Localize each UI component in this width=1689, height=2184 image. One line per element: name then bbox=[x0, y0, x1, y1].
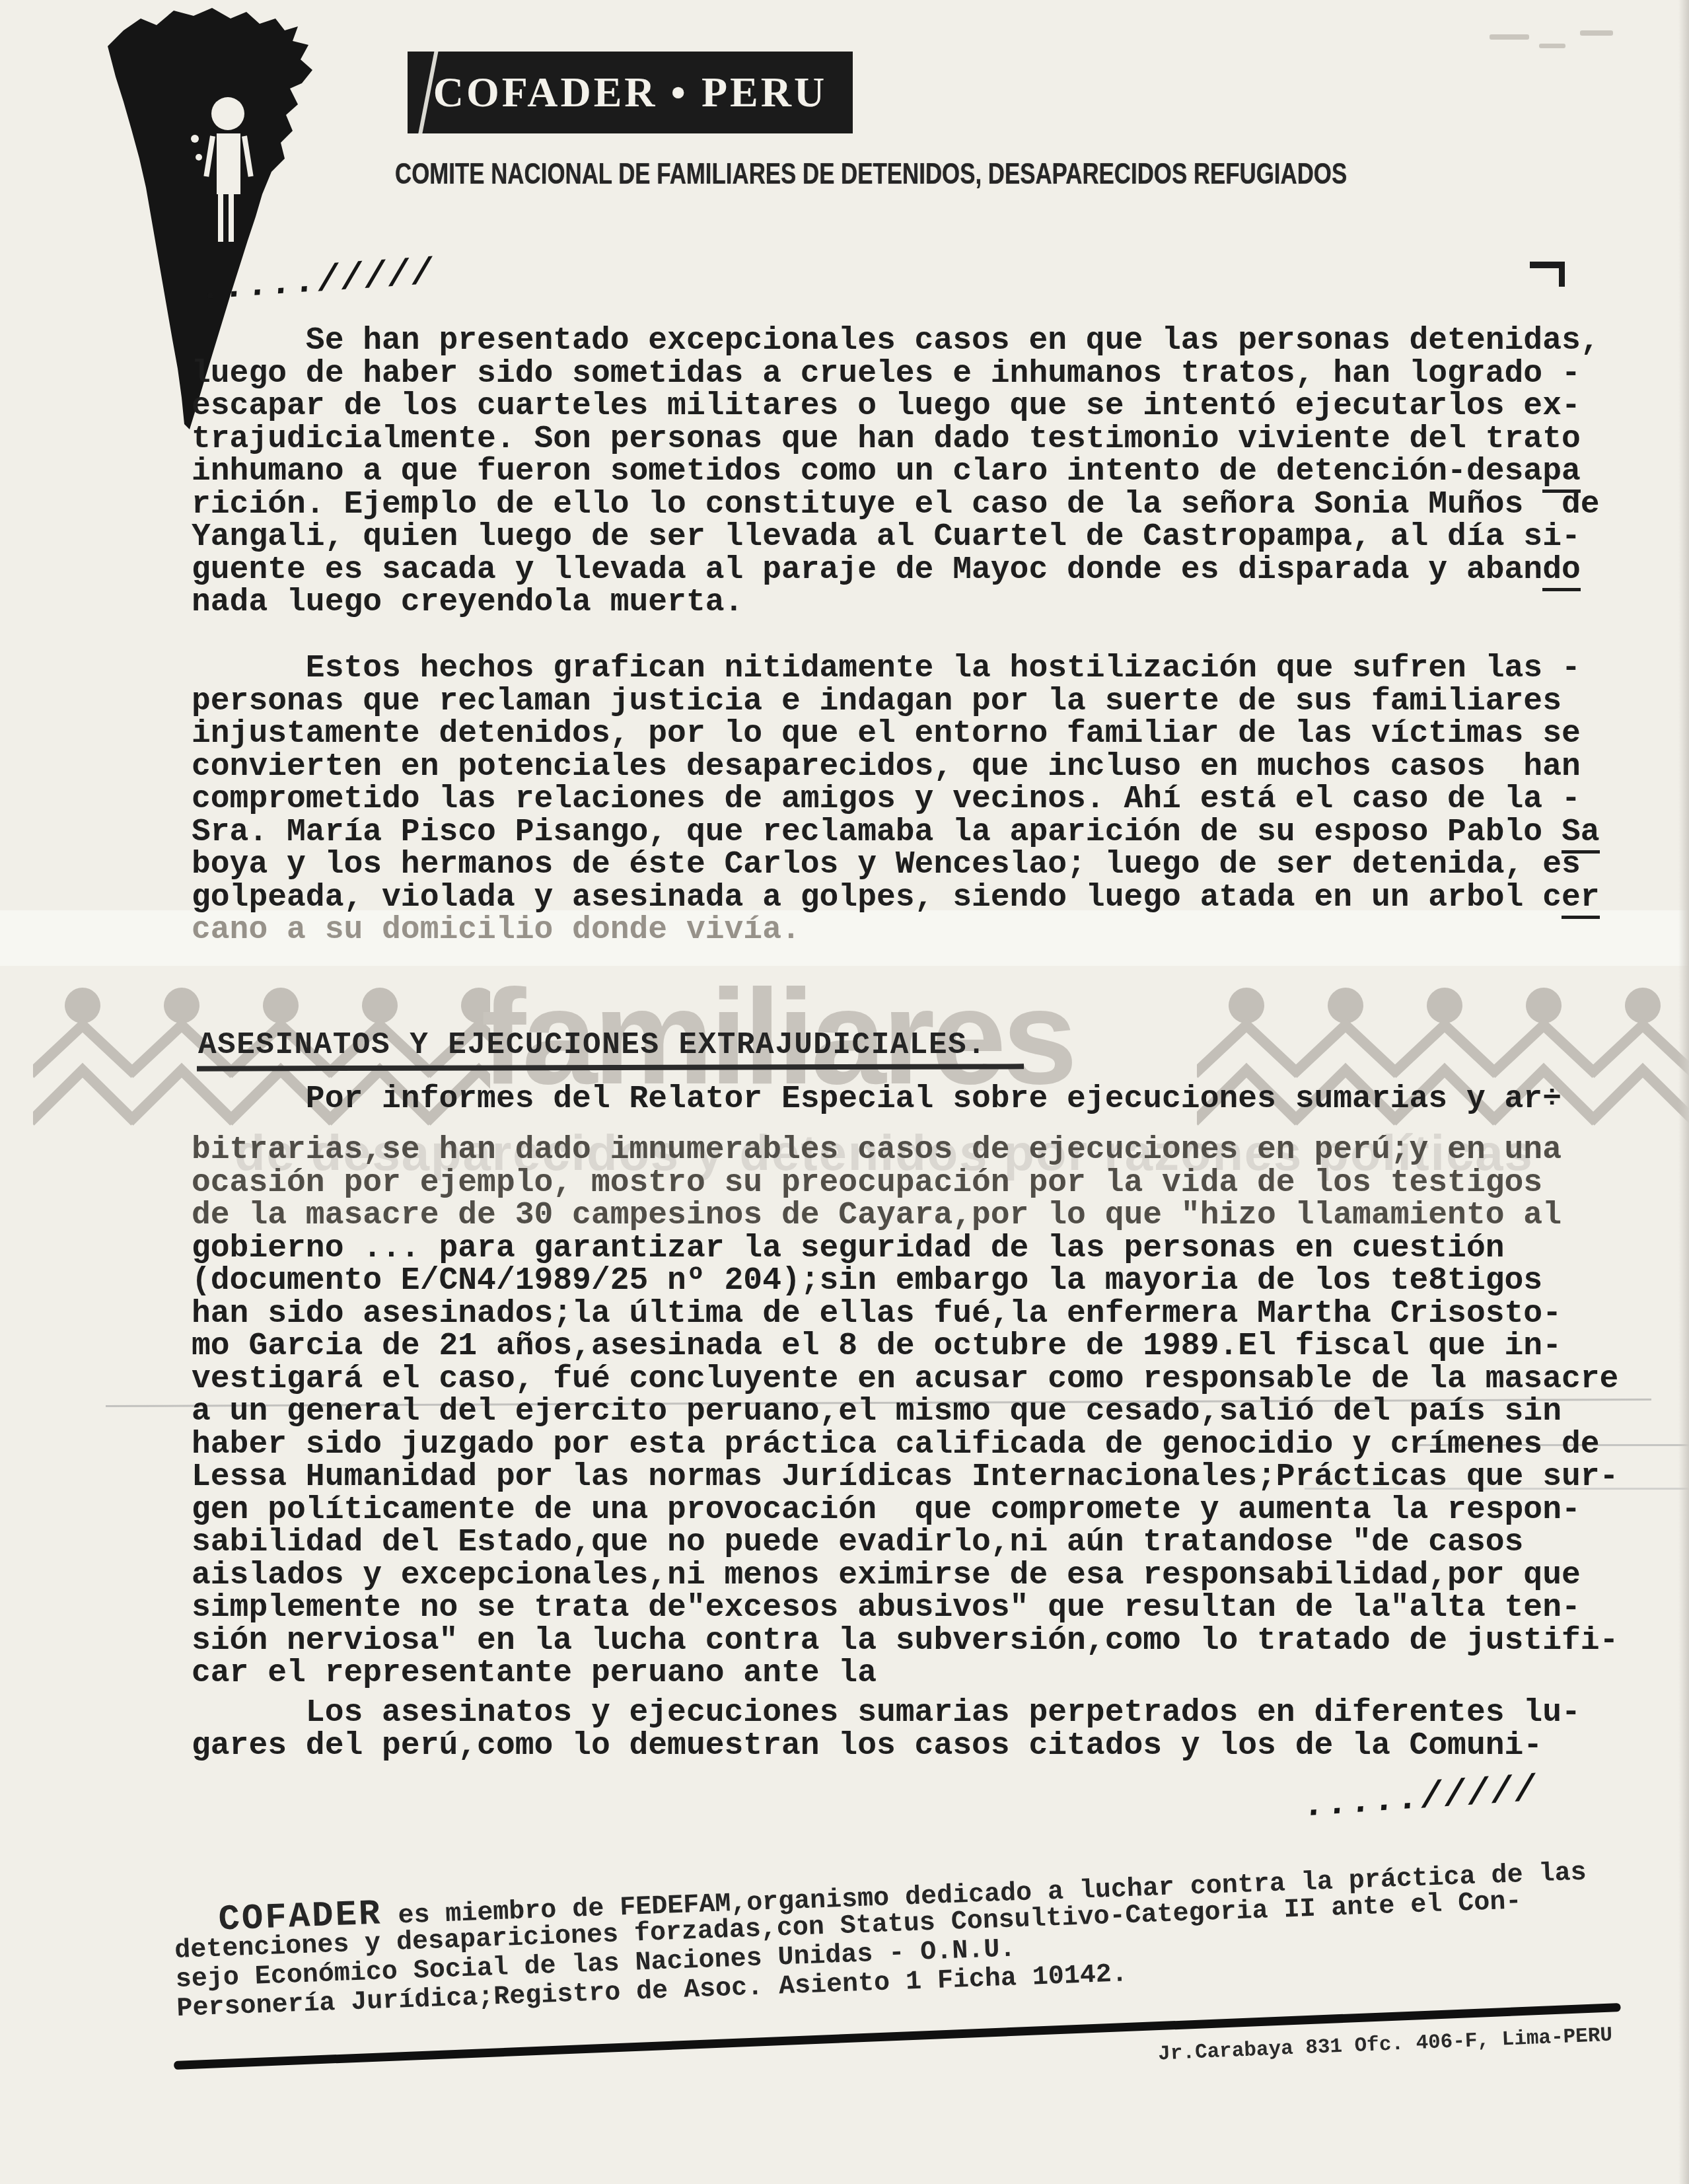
scanned-document-page: COFADER • PERU COMITE NACIONAL DE FAMILI… bbox=[0, 0, 1689, 2184]
paragraph-1-line-6: rición. Ejemplo de ello lo constituye el… bbox=[192, 489, 1600, 522]
paragraph-2-line-5: comprometido las relaciones de amigos y … bbox=[192, 783, 1600, 817]
paragraph-3b-line-6: han sido asesinados;la última de ellas f… bbox=[192, 1298, 1618, 1331]
paragraph-3b: bitrarias,se han dado imnumerables casos… bbox=[192, 1134, 1618, 1691]
paragraph-3b-line-13: sabilidad del Estado,que no puede evadir… bbox=[192, 1527, 1618, 1560]
paragraph-1-line-4: trajudicialmente. Son personas que han d… bbox=[192, 423, 1600, 456]
paragraph-1-line-1: Se han presentado excepcionales casos en… bbox=[192, 325, 1600, 358]
paragraph-1-line-3: escapar de los cuarteles militares o lue… bbox=[192, 390, 1600, 423]
paragraph-3b-line-14: aislados y excepcionales,ni menos eximir… bbox=[192, 1560, 1618, 1593]
scan-edge-shadow bbox=[1678, 0, 1689, 2184]
brand-box: COFADER • PERU bbox=[408, 52, 853, 133]
footer-note: COFADER es miembro de FEDEFAM,organismo … bbox=[173, 1856, 1590, 2024]
paragraph-3b-line-15: simplemente no se trata de"excesos abusi… bbox=[192, 1592, 1618, 1625]
brand-title: COFADER • PERU bbox=[433, 68, 827, 117]
paragraph-3b-line-9: a un general del ejercito peruano,el mis… bbox=[192, 1396, 1618, 1429]
paragraph-3b-line-12: gen políticamente de una provocación que… bbox=[192, 1494, 1618, 1527]
paragraph-3b-line-3: de la masacre de 30 campesinos de Cayara… bbox=[192, 1200, 1618, 1233]
paragraph-3b-line-2: ocasión por ejemplo, mostro su preocupac… bbox=[192, 1167, 1618, 1200]
paragraph-3b-line-5: (documento E/CN4/1989/25 nº 204);sin emb… bbox=[192, 1265, 1618, 1298]
paragraph-3b-line-4: gobierno ... para garantizar la segurida… bbox=[192, 1233, 1618, 1266]
paragraph-2-line-1: Estos hechos grafican nitidamente la hos… bbox=[192, 653, 1600, 686]
scan-artifact-mark bbox=[1530, 262, 1565, 287]
paragraph-1-line-9: nada luego creyendola muerta. bbox=[192, 587, 1600, 620]
paragraph-1: Se han presentado excepcionales casos en… bbox=[192, 325, 1600, 620]
paragraph-3b-line-16: sión nerviosa" en la lucha contra la sub… bbox=[192, 1625, 1618, 1658]
section-heading: ASESINATOS Y EJECUCIONES EXTRAJUDICIALES… bbox=[198, 1028, 986, 1062]
page-continuation-marker-bottom: .....///// bbox=[1301, 1766, 1562, 1827]
paragraph-3a: Por informes del Relator Especial sobre … bbox=[192, 1083, 1562, 1116]
paragraph-1-line-2: luego de haber sido sometidas a crueles … bbox=[192, 358, 1600, 391]
paragraph-2-line-6: Sra. María Pisco Pisango, que reclamaba … bbox=[192, 817, 1600, 850]
paragraph-2-line-8: golpeada, violada y asesinada a golpes, … bbox=[192, 882, 1600, 915]
paragraph-3a-line-1: Por informes del Relator Especial sobre … bbox=[192, 1083, 1562, 1116]
footer-address: Jr.Carabaya 831 Ofc. 406-F, Lima-PERU bbox=[1158, 2024, 1613, 2066]
scan-smudge bbox=[1580, 30, 1613, 36]
paragraph-1-line-5: inhumano a que fueron sometidos como un … bbox=[192, 456, 1600, 489]
paragraph-1-line-8: guente es sacada y llevada al paraje de … bbox=[192, 554, 1600, 587]
paragraph-2-line-9: cano a su domicilio donde vivía. bbox=[192, 914, 1600, 947]
paragraph-3b-line-17: car el representante peruano ante la bbox=[192, 1657, 1618, 1691]
paragraph-3b-line-10: haber sido juzgado por esta práctica cal… bbox=[192, 1429, 1618, 1462]
paragraph-2-line-3: injustamente detenidos, por lo que el en… bbox=[192, 718, 1600, 751]
paragraph-3b-line-1: bitrarias,se han dado imnumerables casos… bbox=[192, 1134, 1618, 1167]
paragraph-2: Estos hechos grafican nitidamente la hos… bbox=[192, 653, 1600, 947]
paragraph-4-line-2: gares del perú,como lo demuestran los ca… bbox=[192, 1730, 1581, 1763]
paragraph-2-line-7: boya y los hermanos de éste Carlos y Wen… bbox=[192, 849, 1600, 882]
paragraph-3b-line-7: mo Garcia de 21 años,asesinada el 8 de o… bbox=[192, 1330, 1618, 1364]
paragraph-4-line-1: Los asesinatos y ejecuciones sumarias pe… bbox=[192, 1697, 1581, 1730]
paragraph-1-line-7: Yangali, quien luego de ser llevada al C… bbox=[192, 521, 1600, 554]
paragraph-2-line-2: personas que reclaman justicia e indagan… bbox=[192, 686, 1600, 719]
scan-smudge bbox=[1490, 34, 1529, 40]
scan-smudge bbox=[1539, 44, 1565, 48]
paragraph-4: Los asesinatos y ejecuciones sumarias pe… bbox=[192, 1697, 1581, 1763]
paragraph-2-line-4: convierten en potenciales desaparecidos,… bbox=[192, 751, 1600, 784]
paragraph-3b-line-8: vestigará el caso, fué concluyente en ac… bbox=[192, 1364, 1618, 1397]
paragraph-3b-line-11: Lessa Humanidad por las normas Jurídicas… bbox=[192, 1461, 1618, 1494]
organization-subtitle: COMITE NACIONAL DE FAMILIARES DE DETENID… bbox=[395, 157, 1347, 191]
